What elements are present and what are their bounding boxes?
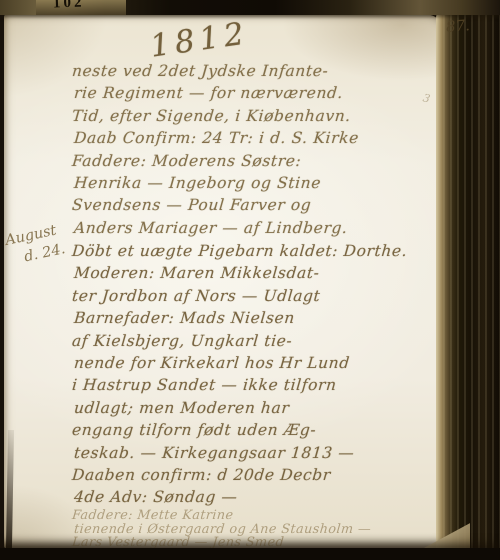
manuscript-line: 4de Adv: Søndag — [73,486,410,508]
manuscript-line: engang tilforn født uden Æg- [71,419,408,441]
book-page-edges [436,8,500,552]
manuscript-line: Faddere: Moderens Søstre: [71,150,358,172]
manuscript-line: af Kielsbjerg, Ungkarl tie- [71,330,408,352]
archive-stamp-number: 102 [53,0,85,13]
manuscript-line: Barnefader: Mads Nielsen [73,307,410,329]
manuscript-line: nende for Kirkekarl hos Hr Lund [73,352,410,374]
entry-august-24: Döbt et uægte Pigebarn kaldet: Dorthe. M… [72,240,407,560]
page-number: 87. [445,16,470,36]
manuscript-line: Anders Mariager — af Lindberg. [73,217,360,239]
manuscript-line: ter Jordbon af Nors — Udlagt [71,285,408,307]
manuscript-line: Tid, efter Sigende, i Kiøbenhavn. [71,105,358,127]
manuscript-line: rie Regiment — for nærværend. [73,82,360,104]
manuscript-page: 1812 August d. 24. neste ved 2det Jydske… [4,14,446,548]
manuscript-line: Daaben confirm: d 20de Decbr [71,464,408,486]
manuscript-line: Daab Confirm: 24 Tr: i d. S. Kirke [73,127,360,149]
bottom-frame-shadow [0,548,500,560]
manuscript-line: Moderen: Maren Mikkelsdat- [73,262,410,284]
manuscript-line: Döbt et uægte Pigebarn kaldet: Dorthe. [71,240,408,262]
manuscript-line: Henrika — Ingeborg og Stine [73,172,360,194]
entry-previous-continuation: neste ved 2det Jydske Infante- rie Regim… [72,60,357,239]
manuscript-line: teskab. — Kirkegangsaar 1813 — [73,442,410,464]
margin-date-note: August d. 24. [3,220,67,271]
manuscript-line: Faddere: Mette Katrine [71,509,407,523]
manuscript-line: udlagt; men Moderen har [73,397,410,419]
manuscript-line: i Hastrup Sandet — ikke tilforn [71,374,408,396]
year-heading: 1812 [148,15,251,64]
book-scan: 1812 August d. 24. neste ved 2det Jydske… [0,0,500,560]
manuscript-line: neste ved 2det Jydske Infante- [71,60,358,82]
manuscript-line: Svendsens — Poul Farver og [71,194,358,216]
ink-smudge: 3 [422,91,432,105]
